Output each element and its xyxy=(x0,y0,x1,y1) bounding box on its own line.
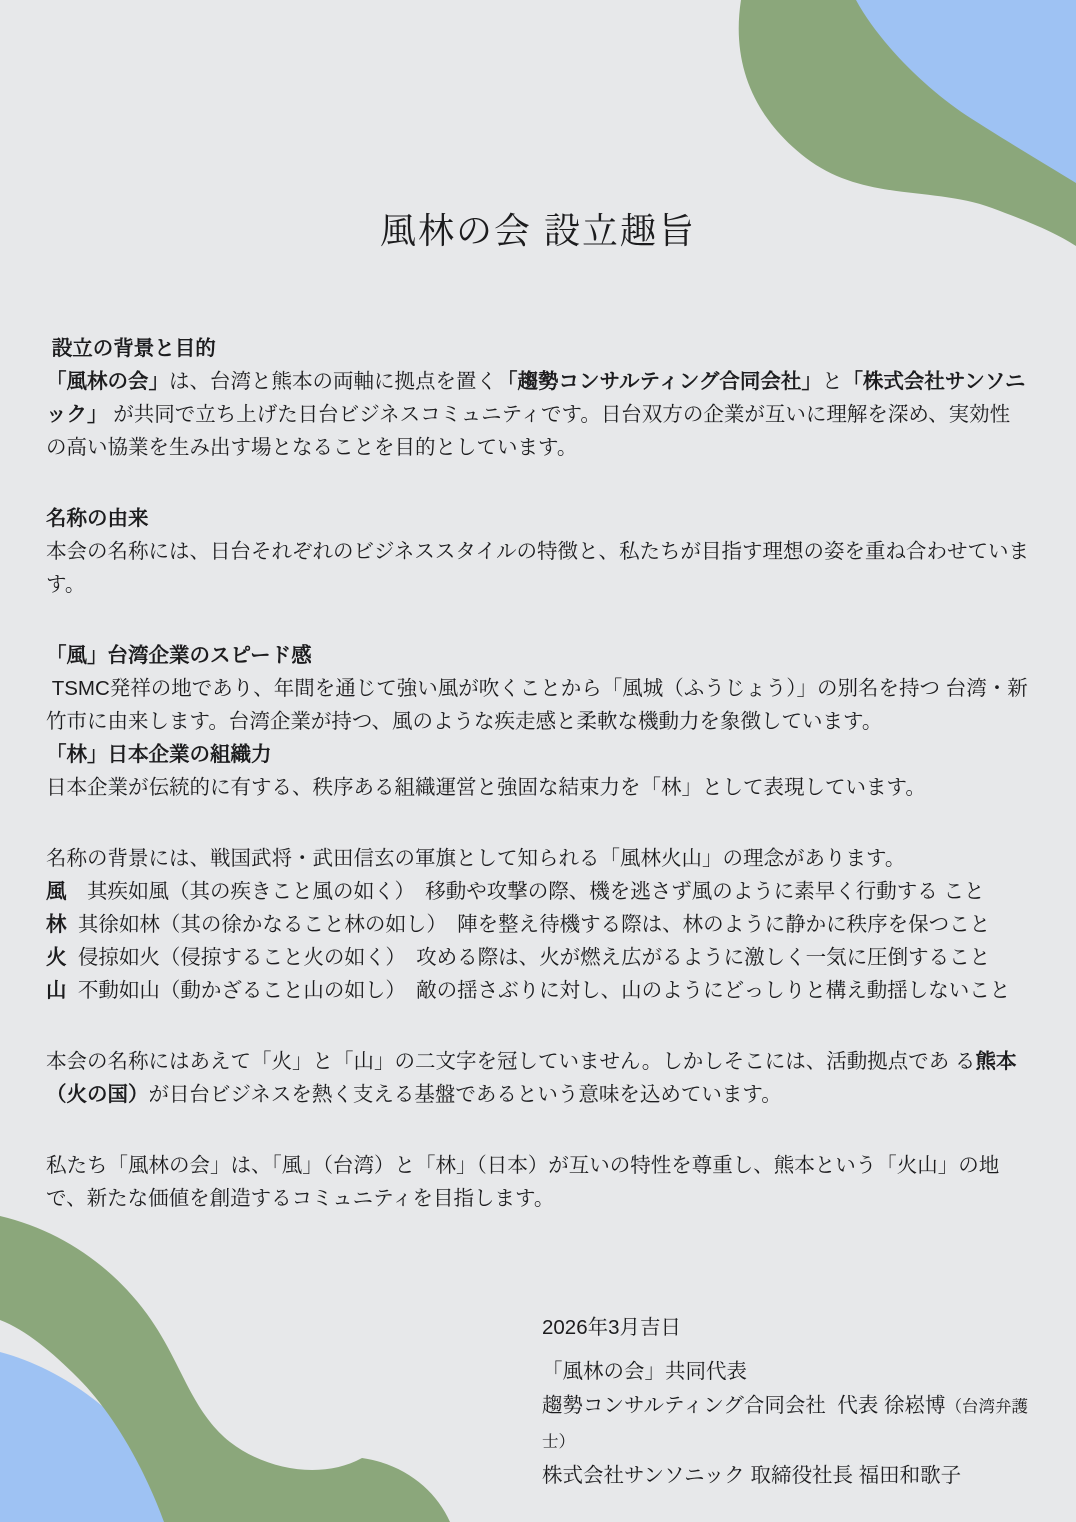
signature-line: 株式会社サンソニック 取締役社長 福田和歌子 xyxy=(542,1459,1030,1493)
section-spacer xyxy=(46,464,1030,502)
paragraph: 山 不動如山（動かざること山の如し） 敵の揺さぶりに対し、山のようにどっしりと構… xyxy=(46,974,1030,1007)
text-segment: 本会の名称には、日台それぞれのビジネススタイルの特徴と、私たちが目指す理想の姿を… xyxy=(46,540,1029,596)
text-bold-segment: 「林」日本企業の組織力 xyxy=(46,743,272,766)
section-heading: 設立の背景と目的 xyxy=(46,332,1030,365)
paragraph: 火 侵掠如火（侵掠すること火の如く） 攻める際は、火が燃え広がるように激しく一気… xyxy=(46,941,1030,974)
signature-text: 「風林の会」共同代表 xyxy=(542,1360,747,1383)
section-spacer xyxy=(46,804,1030,842)
text-segment: 日本企業が伝統的に有する、秩序ある組織運営と強固な結束力を「林」として表現してい… xyxy=(46,776,926,799)
paragraph: TSMC発祥の地であり、年間を通じて強い風が吹くことから「風城（ふうじょう）」の… xyxy=(46,672,1030,738)
signature-lines: 「風林の会」共同代表趨勢コンサルティング合同会社 代表 徐崧博（台湾弁護士）株式… xyxy=(542,1355,1030,1493)
section-heading: 「風」台湾企業のスピード感 xyxy=(46,639,1030,672)
text-segment: 本会の名称にはあえて「火」と「山」の二文字を冠していません。しかしそこには、活動… xyxy=(46,1050,975,1073)
paragraph: 日本企業が伝統的に有する、秩序ある組織運営と強固な結束力を「林」として表現してい… xyxy=(46,771,1030,804)
paragraph: 私たち「風林の会」は、「風」（台湾）と「林」（日本）が互いの特性を尊重し、熊本と… xyxy=(46,1149,1030,1215)
text-segment: が日台ビジネスを熱く支える基盤であるという意味を込めています。 xyxy=(149,1083,782,1106)
signature-text: 株式会社サンソニック 取締役社長 福田和歌子 xyxy=(542,1464,961,1487)
text-segment: 名称の背景には、戦国武将・武田信玄の軍旗として知られる「風林火山」の理念がありま… xyxy=(46,847,905,870)
text-bold-segment: 設立の背景と目的 xyxy=(46,337,216,360)
text-segment: 私たち「風林の会」は、「風」（台湾）と「林」（日本）が互いの特性を尊重し、熊本と… xyxy=(46,1154,999,1210)
text-segment: と xyxy=(822,370,843,393)
text-bold-segment: 火 xyxy=(46,946,67,969)
section-spacer xyxy=(46,1007,1030,1045)
text-bold-segment: 名称の由来 xyxy=(46,507,149,530)
signature-block: 2026年3月吉日 「風林の会」共同代表趨勢コンサルティング合同会社 代表 徐崧… xyxy=(542,1311,1030,1493)
text-segment: が共同で立ち上げた日台ビジネスコミュニティです。日台双方の企業が互いに理解を深め… xyxy=(46,403,1010,459)
signature-line: 趨勢コンサルティング合同会社 代表 徐崧博（台湾弁護士） xyxy=(542,1389,1030,1459)
section-spacer xyxy=(46,1111,1030,1149)
paragraph: 風 其疾如風（其の疾きこと風の如く） 移動や攻撃の際、機を逃さず風のように素早く… xyxy=(46,875,1030,908)
text-segment: 其疾如風（其の疾きこと風の如く） 移動や攻撃の際、機を逃さず風のように素早く行動… xyxy=(67,880,985,903)
text-bold-segment: 林 xyxy=(46,913,67,936)
text-segment: 其徐如林（其の徐かなること林の如し） 陣を整え待機する際は、林のように静かに秩序… xyxy=(67,913,991,936)
text-segment: 侵掠如火（侵掠すること火の如く） 攻める際は、火が燃え広がるように激しく一気に圧… xyxy=(67,946,991,969)
document-page: { "colors": { "background": "#e7e8ea", "… xyxy=(0,0,1076,1522)
text-segment: は、台湾と熊本の両軸に拠点を置く xyxy=(169,370,497,393)
text-bold-segment: 「風」台湾企業のスピード感 xyxy=(46,644,312,667)
document-content: 風林の会 設立趣旨 設立の背景と目的「風林の会」は、台湾と熊本の両軸に拠点を置く… xyxy=(0,210,1076,1493)
signature-date: 2026年3月吉日 xyxy=(542,1311,1030,1345)
paragraph: 林 其徐如林（其の徐かなること林の如し） 陣を整え待機する際は、林のように静かに… xyxy=(46,908,1030,941)
signature-line: 「風林の会」共同代表 xyxy=(542,1355,1030,1389)
document-sections: 設立の背景と目的「風林の会」は、台湾と熊本の両軸に拠点を置く「趨勢コンサルティン… xyxy=(46,332,1030,1215)
paragraph: 「風林の会」は、台湾と熊本の両軸に拠点を置く「趨勢コンサルティング合同会社」と「… xyxy=(46,365,1030,464)
paragraph: 本会の名称には、日台それぞれのビジネススタイルの特徴と、私たちが目指す理想の姿を… xyxy=(46,535,1030,601)
text-bold-segment: 風 xyxy=(46,880,67,903)
text-bold-segment: 「趨勢コンサルティング合同会社」 xyxy=(497,370,822,393)
section-heading: 「林」日本企業の組織力 xyxy=(46,738,1030,771)
text-segment: TSMC発祥の地であり、年間を通じて強い風が吹くことから「風城（ふうじょう）」の… xyxy=(46,677,1028,733)
signature-text: 趨勢コンサルティング合同会社 代表 徐崧博 xyxy=(542,1394,946,1417)
section-spacer xyxy=(46,601,1030,639)
paragraph: 名称の背景には、戦国武将・武田信玄の軍旗として知られる「風林火山」の理念がありま… xyxy=(46,842,1030,875)
page-title: 風林の会 設立趣旨 xyxy=(46,210,1030,252)
section-heading: 名称の由来 xyxy=(46,502,1030,535)
paragraph: 本会の名称にはあえて「火」と「山」の二文字を冠していません。しかしそこには、活動… xyxy=(46,1045,1030,1111)
text-segment: 不動如山（動かざること山の如し） 敵の揺さぶりに対し、山のようにどっしりと構え動… xyxy=(67,979,1011,1002)
text-bold-segment: 山 xyxy=(46,979,67,1002)
text-bold-segment: 「風林の会」 xyxy=(46,370,169,393)
